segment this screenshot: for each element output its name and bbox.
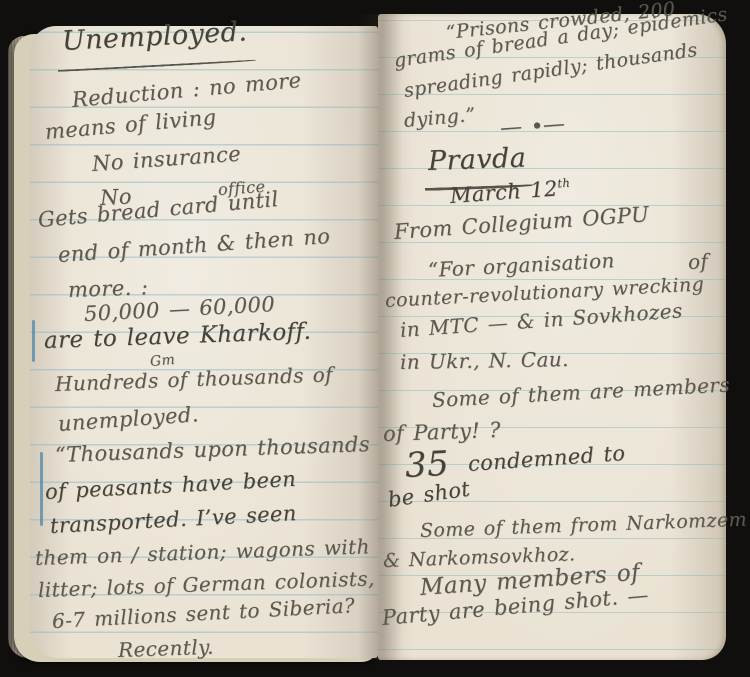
handwritten-line: more. : [68,275,149,302]
right-page-heading: Pravda [427,143,526,177]
handwritten-line: Recently. [118,635,215,662]
handwritten-line: of Party! ? [383,418,502,446]
handwritten-line: in Ukr., N. Cau. [400,347,569,374]
notebook-photo: Unemployed. Reduction : no more means of… [0,0,750,677]
separator-mark: — ∙— [499,111,566,141]
handwritten-line: of [687,249,708,274]
margin-mark [40,452,43,526]
margin-mark [32,320,35,362]
date-suffix: th [557,176,571,191]
